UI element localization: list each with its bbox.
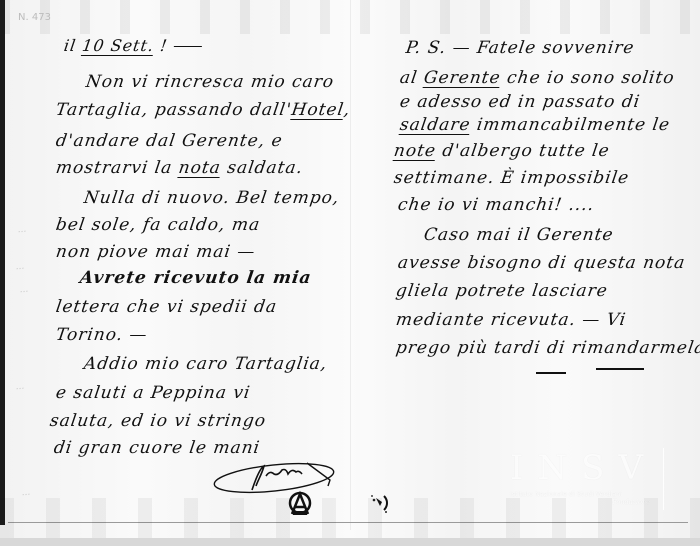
- watermark-subtitle: Istituto Nazionale di Studi Verdiani: [510, 490, 660, 498]
- underlined-word: 10 Sett.: [81, 36, 155, 55]
- letter-line: saldare immancabilmente le: [399, 115, 672, 135]
- pencil-note: ...: [22, 488, 31, 499]
- letter-line: non piove mai mai —: [55, 242, 257, 262]
- letter-line: mediante ricevuta. — Vi: [395, 310, 628, 330]
- letter-line: e saluti a Peppina vi: [55, 383, 252, 403]
- letter-line: settimane. È impossibile: [393, 168, 631, 188]
- monogram-seal-icon: [287, 490, 313, 516]
- pencil-note: ...: [16, 262, 25, 273]
- letter-line: gliela potrete lasciare: [395, 281, 610, 301]
- archive-mark: N. 473: [18, 12, 51, 23]
- letter-line: Non vi rincresca mio caro: [85, 72, 336, 92]
- underlined-word: Gerente: [423, 68, 502, 88]
- letter-line: Torino. —: [55, 325, 149, 345]
- letter-line: saluta, ed io vi stringo: [49, 411, 268, 431]
- page-bottom-edge: [8, 522, 688, 523]
- letter-line: Avrete ricevuto la mia: [79, 268, 313, 288]
- insv-watermark: INSV Istituto Nazionale di Studi Verdian…: [510, 448, 660, 518]
- signature-verdi: [212, 458, 342, 500]
- letter-line: P. S. — Fatele sovvenire: [405, 38, 636, 58]
- letter-line: mostrarvi la nota saldata.: [55, 158, 305, 178]
- line-text: il 10 Sett. !: [63, 36, 169, 55]
- pencil-note: ...: [16, 382, 25, 393]
- letter-line: Nulla di nuovo. Bel tempo,: [83, 188, 341, 208]
- page-left-edge: [0, 0, 5, 525]
- letter-line: al Gerente che io sono solito: [399, 68, 676, 88]
- letter-line: bel sole, fa caldo, ma: [55, 215, 262, 235]
- underlined-word: saldare: [399, 115, 472, 135]
- dash: [173, 46, 201, 48]
- letter-line: note d'albergo tutte le: [393, 141, 611, 161]
- underlined-word: Hotel: [290, 100, 345, 120]
- watermark-subtitle2: Fondazione: [510, 498, 660, 506]
- watermark-rule: [663, 448, 664, 510]
- letter-line: Tartaglia, passando dall'Hotel,: [55, 100, 352, 120]
- pencil-note: ...: [20, 285, 29, 296]
- date-line: il 10 Sett. !: [63, 36, 203, 55]
- letter-line: lettera che vi spedii da: [55, 297, 279, 317]
- letter-line: prego più tardi di rimandarmela. —: [395, 338, 700, 358]
- letter-line: di gran cuore le mani: [53, 438, 262, 458]
- letter-line: Addio mio caro Tartaglia,: [83, 354, 329, 374]
- letter-line: avesse bisogno di questa nota: [397, 253, 687, 273]
- letter-line: e adesso ed in passato di: [399, 92, 642, 112]
- letter-line: d'andare dal Gerente, e: [55, 131, 284, 151]
- letter-line: Caso mai il Gerente: [423, 225, 615, 245]
- letter-sheet: N. 473 ... ... ... ... ... il 10 Sett. !…: [0, 0, 700, 538]
- underlined-word: note: [393, 141, 438, 161]
- pencil-note: ...: [18, 225, 27, 236]
- underlined-word: nota: [177, 158, 222, 178]
- center-fold: [350, 0, 351, 530]
- watermark-letters: INSV: [510, 448, 660, 488]
- ink-stamp-icon: [368, 490, 392, 514]
- closing-dash: [596, 368, 644, 370]
- letter-line: che io vi manchi! ....: [397, 195, 596, 215]
- closing-dash: [536, 372, 566, 374]
